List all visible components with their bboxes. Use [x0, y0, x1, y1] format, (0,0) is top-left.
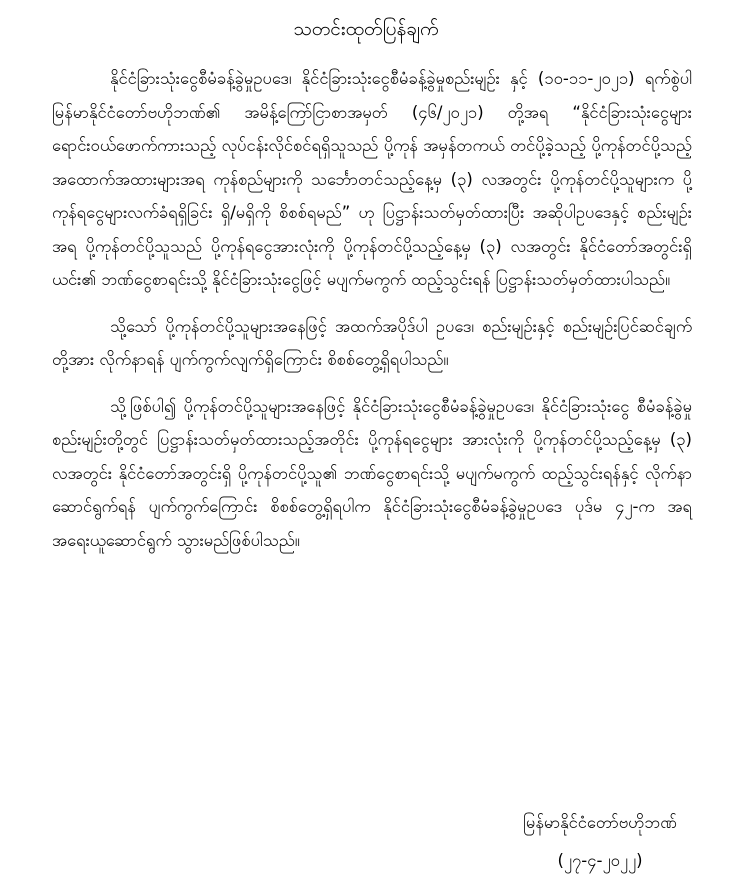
paragraph-1: နိုင်ငံခြားသုံးငွေစီမံခန့်ခွဲမှုဥပဒေ၊ နိ…	[52, 62, 692, 297]
press-release-page: သတင်းထုတ်ပြန်ချက် နိုင်ငံခြားသုံးငွေစီမံ…	[0, 0, 732, 896]
paragraph-3: သို့ဖြစ်ပါ၍ ပို့ကုန်တင်ပို့သူများအနေဖြင့…	[52, 390, 692, 558]
paragraph-2: သို့သော် ပို့ကုန်တင်ပို့သူများအနေဖြင့် အ…	[52, 310, 692, 377]
document-title: သတင်းထုတ်ပြန်ချက်	[0, 14, 732, 44]
issue-date: (၂၇-၄-၂၀၂၂)	[500, 844, 700, 878]
document-body: နိုင်ငံခြားသုံးငွေစီမံခန့်ခွဲမှုဥပဒေ၊ နိ…	[52, 62, 692, 557]
issuer-name: မြန်မာနိုင်ငံတော်ဗဟိုဘဏ်	[500, 806, 700, 840]
signature-block: မြန်မာနိုင်ငံတော်ဗဟိုဘဏ် (၂၇-၄-၂၀၂၂)	[500, 806, 700, 878]
